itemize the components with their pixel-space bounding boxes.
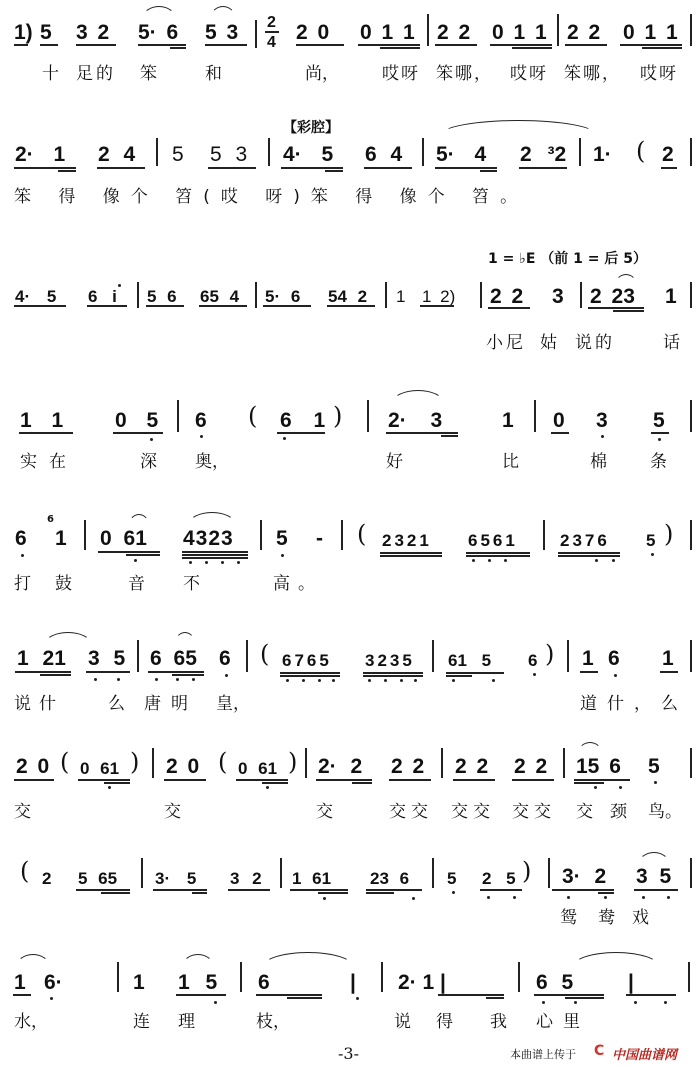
note-group: 2376 <box>560 530 610 552</box>
lyric: 比 <box>502 452 519 472</box>
note-group: 3· 5 <box>155 868 196 890</box>
note-group: 15 6 <box>576 756 621 778</box>
lyric: 音 <box>128 574 145 594</box>
note-group: 2 2 <box>490 286 523 308</box>
lyric: 哎呀 <box>640 64 678 84</box>
lyric: 姑 <box>540 333 557 353</box>
note-group: 1 <box>396 286 405 308</box>
note-group: 5 3 <box>210 144 247 166</box>
note-group: - <box>316 528 323 550</box>
note-group: 2 2 <box>391 756 424 778</box>
lyric: 颈 <box>610 802 627 822</box>
lyric: 说什 <box>14 694 64 714</box>
lyric: 理 <box>178 1012 195 1032</box>
slur <box>392 390 444 403</box>
lyric: 鸯 <box>598 908 615 928</box>
lyric: 鼓 <box>55 574 72 594</box>
note-group: 3 2 <box>76 22 109 44</box>
slur <box>638 852 670 865</box>
barline <box>255 20 257 48</box>
note-group: 1 21 <box>17 648 66 670</box>
lyric: 交 <box>576 802 593 822</box>
lyric: 好 <box>386 452 403 472</box>
note-group: 6 <box>258 972 270 994</box>
note-group: 23 6 <box>370 868 409 890</box>
paren-close: ) <box>545 643 554 665</box>
note-group: | <box>628 972 634 994</box>
note-group: 3 2 <box>230 868 262 890</box>
lyric: 笨哪， <box>436 64 493 84</box>
lyric: 交交 <box>389 802 433 822</box>
lyric: 十 <box>42 64 59 84</box>
note-group: 6 <box>528 650 537 672</box>
paren-open: ( <box>20 860 29 882</box>
paren-close: ) <box>288 751 297 773</box>
note-group: 6 1 <box>280 410 325 432</box>
lyric: 小尼 <box>486 333 526 353</box>
note-group: 1· <box>593 144 612 166</box>
note-group: 2· 1 <box>398 972 434 994</box>
note-group: 2 ³2 <box>520 144 566 166</box>
paren-close: ) <box>130 751 139 773</box>
paren-close: ) <box>333 405 342 427</box>
slur <box>182 954 214 967</box>
note-group: 2 0 <box>296 22 329 44</box>
lyric: 戏 <box>632 908 649 928</box>
lyric: 交 <box>164 802 181 822</box>
slur <box>615 274 637 285</box>
lyric: 足的 <box>76 64 116 84</box>
lyric: 唐明 <box>144 694 198 714</box>
lyric: 高。 <box>273 574 323 594</box>
note-group: 2 4 <box>98 144 135 166</box>
lyric: 连 <box>133 1012 150 1032</box>
note-group: | <box>440 972 446 994</box>
lyric: 道什，么 <box>580 694 688 714</box>
slur <box>572 952 660 967</box>
note-group: 6 <box>219 648 231 670</box>
note-group: 1 <box>14 972 26 994</box>
lyric: 鸟。 <box>648 802 682 822</box>
paren-open: ( <box>218 751 227 773</box>
time-sig-bottom: 4 <box>267 32 276 54</box>
note-group: 1 <box>582 648 594 670</box>
note-group: 5· 6 <box>138 22 178 44</box>
key-signature-change: 1 = ♭E （前 1 = 后 5） <box>488 248 647 268</box>
note-group: 0 1 1 <box>492 22 547 44</box>
note-group: 0 61 <box>100 528 147 550</box>
lyric: 水， <box>14 1012 48 1032</box>
note-group: 1) <box>14 22 33 44</box>
note-group: 2 <box>662 144 674 166</box>
lyric: 笨哪， <box>564 64 621 84</box>
paren-close: ) <box>664 523 673 545</box>
lyric: 枝， <box>256 1012 290 1032</box>
lyric: 哎呀 <box>510 64 548 84</box>
lyric: 不 <box>183 574 200 594</box>
note-group: 2 0 <box>166 756 199 778</box>
slur <box>16 954 50 967</box>
lyric: 条 <box>650 452 667 472</box>
lyric: 我 <box>490 1012 507 1032</box>
note-group: 6561 <box>468 530 518 552</box>
note-group: 2 0 <box>16 756 49 778</box>
lyric: 交 <box>14 802 31 822</box>
note-group: 5 <box>172 144 184 166</box>
note-group: 0 5 <box>115 410 158 432</box>
lyric: 得 <box>436 1012 453 1032</box>
note-group: 5 <box>40 22 52 44</box>
note-group: 6765 <box>282 650 332 672</box>
note-group: 2 5 <box>482 868 516 890</box>
note-group: 1 <box>502 410 514 432</box>
lyric: 交交 <box>512 802 556 822</box>
note-group: 5 65 <box>78 868 117 890</box>
note-group: 3 5 <box>88 648 125 670</box>
paren-open: ( <box>636 140 645 162</box>
lyric-line: 笨 得 像个 笤(哎 呀)笨 得 像个 笤。 <box>14 187 528 207</box>
note-group: 6· <box>44 972 63 994</box>
lyric: 奥， <box>195 452 229 472</box>
note-group: 5· 4 <box>436 144 486 166</box>
lyric: 么 <box>108 694 125 714</box>
paren-open: ( <box>260 643 269 665</box>
lyric: 话 <box>663 333 680 353</box>
note-group: 2 2 <box>514 756 547 778</box>
note-group: 1 <box>665 286 677 308</box>
note-group: 6 <box>608 648 620 670</box>
lyric: 交交 <box>451 802 495 822</box>
lyric: 心里 <box>536 1012 590 1032</box>
lyric: 说 <box>394 1012 411 1032</box>
note-group: 4· 5 <box>283 144 333 166</box>
note-group: 2 2 <box>567 22 600 44</box>
note-group: 6 65 <box>150 648 197 670</box>
note-group: 2 <box>42 868 51 890</box>
note-group: | <box>350 972 356 994</box>
lyric: 笨 <box>140 64 157 84</box>
lyric: 和 <box>205 64 222 84</box>
lyric: 说的 <box>575 333 615 353</box>
slur <box>128 514 150 527</box>
note-group: 3 <box>552 286 564 308</box>
grace-note: 6 <box>47 514 54 525</box>
note-group: 2· 2 <box>318 756 362 778</box>
note-group: 5 <box>447 868 456 890</box>
note-group: 0 1 1 <box>360 22 415 44</box>
paren-open: ( <box>60 751 69 773</box>
section-annotation: 【彩腔】 <box>283 117 339 137</box>
lyric: 鸳 <box>560 908 577 928</box>
slur <box>44 632 92 645</box>
note-group: 3 5 <box>636 866 671 888</box>
lyric: 交 <box>316 802 333 822</box>
note-group: 6 <box>15 528 27 550</box>
note-group: 2 23 <box>590 286 635 308</box>
paren-close: ) <box>522 860 531 882</box>
note-group: 5 <box>646 530 655 552</box>
note-group: 5 <box>276 528 288 550</box>
note-group: 5 <box>648 756 660 778</box>
note-group: 1 <box>55 528 67 550</box>
slur <box>188 512 236 525</box>
note-group: 1 5 <box>178 972 217 994</box>
note-group: 3· 2 <box>562 866 606 888</box>
note-group: 2 2 <box>455 756 488 778</box>
note-group: 6 <box>195 410 207 432</box>
site-logo-name[interactable]: 中国曲谱网 <box>612 1044 677 1063</box>
lyric: 尚， <box>305 64 339 84</box>
note-group: 3235 <box>365 650 415 672</box>
slur <box>210 6 236 19</box>
note-group: 0 <box>553 410 565 432</box>
note-group: 2· 1 <box>15 144 65 166</box>
note-group: 2321 <box>382 530 432 552</box>
source-text: 本曲谱上传于 <box>510 1046 576 1062</box>
lyric: 棉 <box>590 452 607 472</box>
paren-open: ( <box>248 405 257 427</box>
lyric: 深 <box>140 452 157 472</box>
note-group: 2 2 <box>437 22 470 44</box>
note-group: 6 5 <box>536 972 573 994</box>
note-group: 1 <box>133 972 145 994</box>
note-group: 3 <box>596 410 608 432</box>
lyric: 实在 <box>20 452 78 472</box>
note-group: 0 61 <box>80 758 119 780</box>
note-group: 1 <box>662 648 674 670</box>
note-group: 5 3 <box>205 22 238 44</box>
note-group: 61 5 <box>448 650 491 672</box>
site-logo-icon: C <box>594 1043 604 1059</box>
paren-open: ( <box>357 523 366 545</box>
note-group: 4323 <box>183 528 234 550</box>
note-group: 6 4 <box>365 144 402 166</box>
note-group: 1 61 <box>292 868 331 890</box>
page-number: -3- <box>338 1044 359 1063</box>
note-group: 1 1 <box>20 410 63 432</box>
lyric: 哎呀 <box>382 64 420 84</box>
slur <box>440 120 597 135</box>
note-group: 2· 3 <box>388 410 442 432</box>
slur <box>578 742 602 753</box>
lyric: 皇， <box>216 694 250 714</box>
slur <box>262 952 354 967</box>
note-group: 0 1 1 <box>623 22 678 44</box>
slur <box>175 632 195 643</box>
slur <box>142 6 176 19</box>
note-group: 0 61 <box>238 758 277 780</box>
lyric: 打 <box>14 574 31 594</box>
note-group: 5 <box>653 410 665 432</box>
